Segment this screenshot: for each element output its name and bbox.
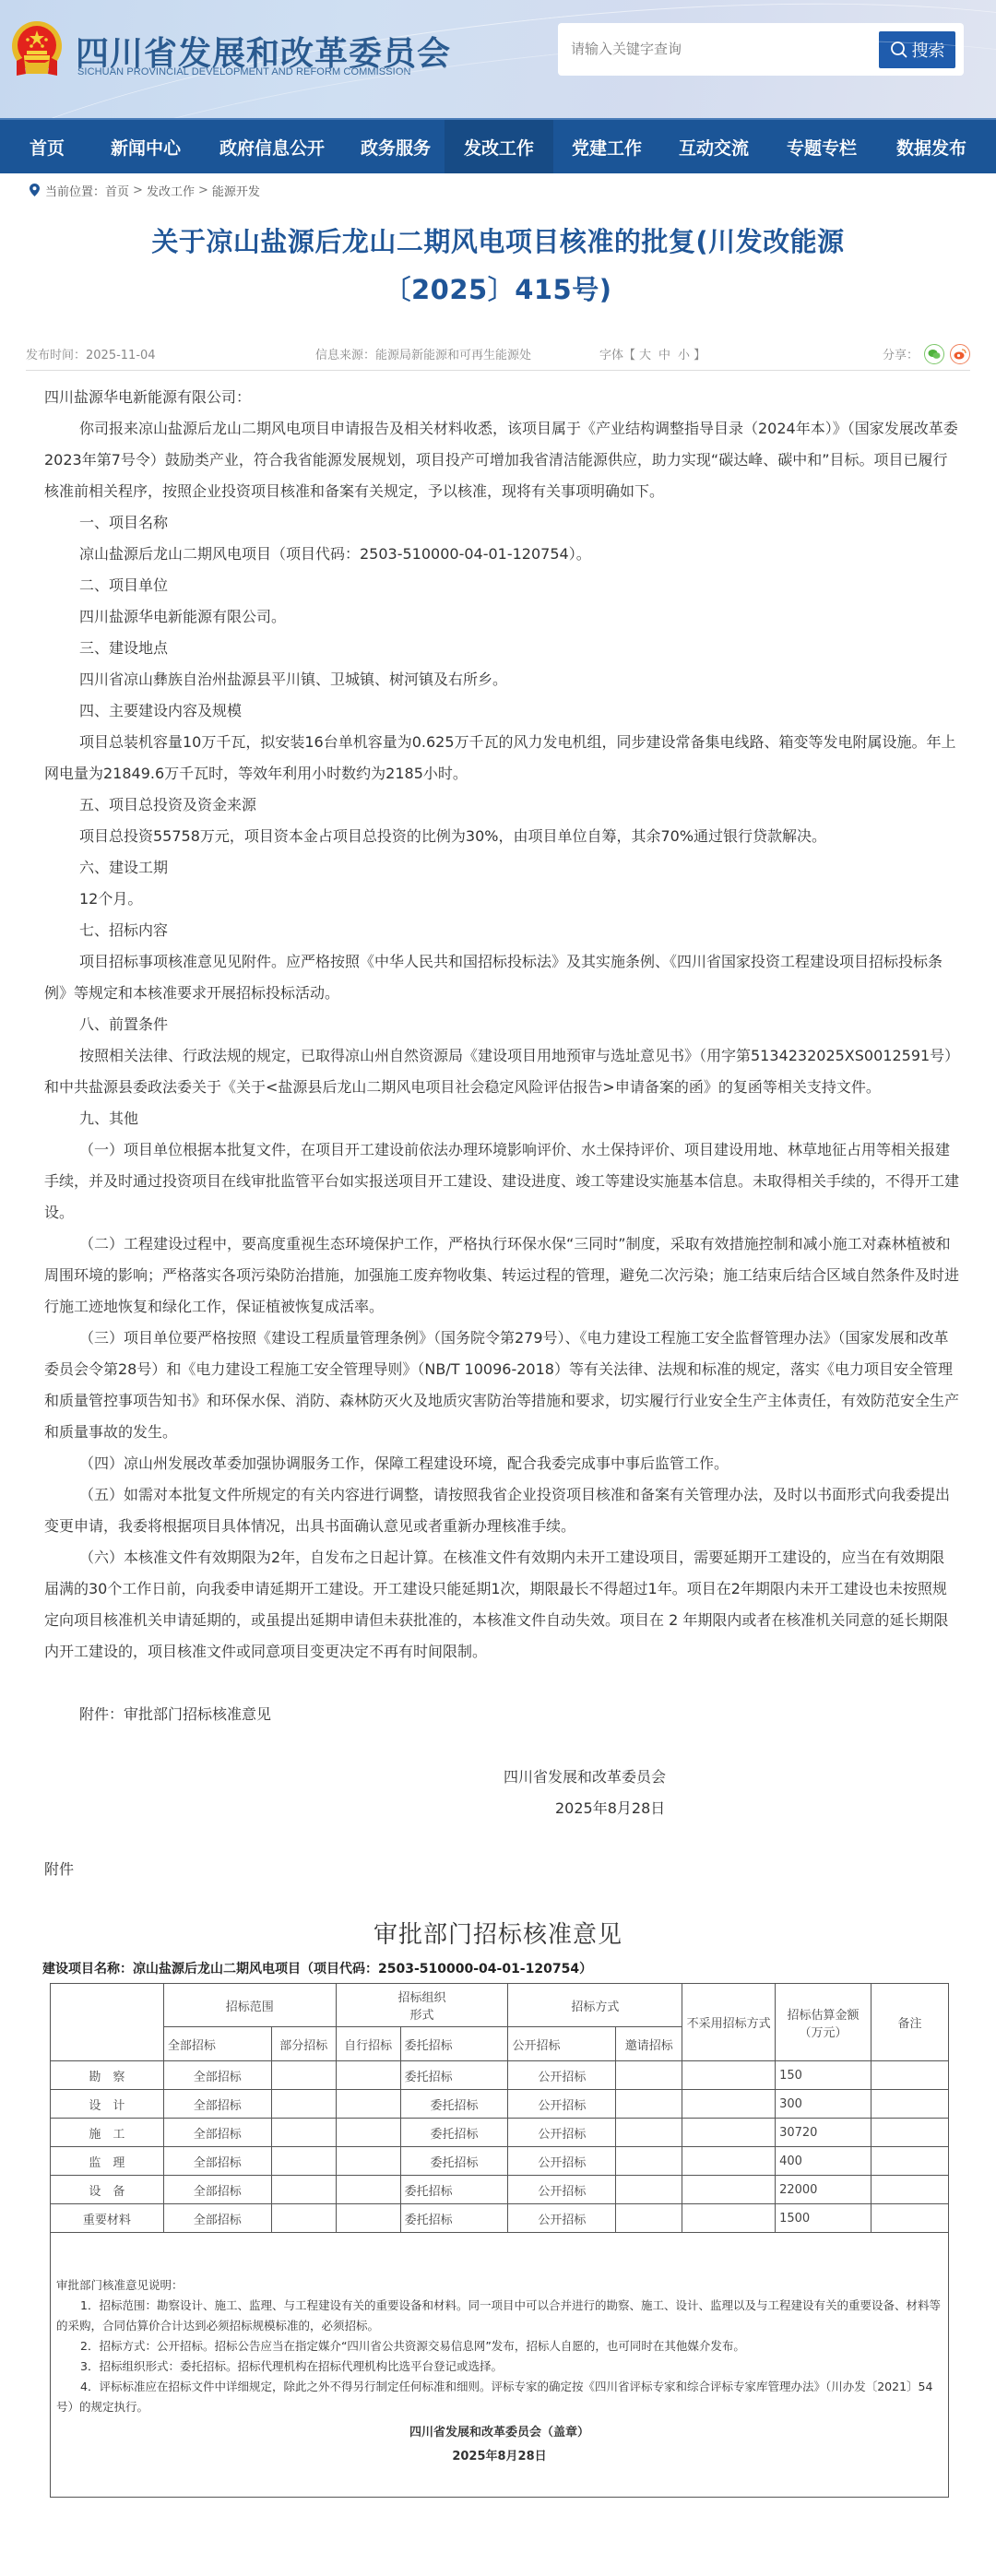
cell-self: [336, 2090, 400, 2119]
cell-full: 全部招标: [163, 2090, 271, 2119]
cell-remark: [871, 2061, 949, 2090]
section-heading: 四、主要建设内容及规模: [44, 695, 959, 727]
nav-item-party[interactable]: 党建工作: [553, 120, 660, 173]
cell-invited: [616, 2204, 682, 2233]
subheader-invited: 邀请招标: [616, 2027, 682, 2061]
section-paragraph: （一）项目单位根据本批复文件，在项目开工建设前依法办理环境影响评价、水土保持评价…: [44, 1134, 959, 1229]
attachment-label: 附件: [0, 1858, 996, 1879]
font-size-label: 字体【: [599, 349, 635, 362]
breadcrumb-home[interactable]: 首页: [105, 182, 129, 199]
search-icon: [890, 41, 908, 59]
nav-item-home[interactable]: 首页: [0, 120, 94, 173]
section-paragraph: 四川盐源华电新能源有限公司。: [44, 601, 959, 633]
cell-remark: [871, 2147, 949, 2176]
section-paragraph: 按照相关法律、行政法规的规定，已取得凉山州自然资源局《建设项目用地预审与选址意见…: [44, 1040, 959, 1103]
cell-no-bid: [682, 2119, 776, 2147]
cell-entrusted: 委托招标: [400, 2119, 508, 2147]
section-paragraph: （四）凉山州发展改革委加强协调服务工作，保障工程建设环境，配合我委完成事中事后监…: [44, 1448, 959, 1479]
cell-self: [336, 2147, 400, 2176]
header-estimate: 招标估算金额（万元）: [776, 1984, 871, 2061]
subheader-full: 全部招标: [163, 2027, 271, 2061]
sign-date: 2025年8月28日: [44, 1793, 959, 1824]
cell-self: [336, 2176, 400, 2204]
nav-item-drc-work[interactable]: 发改工作: [445, 120, 553, 173]
article-title-line1: 关于凉山盐源后龙山二期风电项目核准的批复(川发改能源: [151, 226, 844, 257]
cell-self: [336, 2061, 400, 2090]
cell-invited: [616, 2176, 682, 2204]
cell-item: 设 备: [51, 2176, 164, 2204]
cell-no-bid: [682, 2204, 776, 2233]
cell-partial: [271, 2147, 336, 2176]
note-item: 2．招标方式：公开招标。招标公告应当在指定媒介“四川省公共资源交易信息网”发布，…: [56, 2336, 943, 2356]
cell-invited: [616, 2147, 682, 2176]
signature: 四川省发展和改革委员会: [44, 1762, 959, 1793]
cell-self: [336, 2119, 400, 2147]
note-item: 3．招标组织形式：委托招标。招标代理机构在招标代理机构比选平台登记或选择。: [56, 2356, 943, 2377]
section-heading: 六、建设工期: [44, 852, 959, 884]
cell-no-bid: [682, 2090, 776, 2119]
section-heading: 二、项目单位: [44, 570, 959, 601]
note-item: 4．评标标准应在招标文件中详细规定，除此之外不得另行制定任何标准和细则。评标专家…: [56, 2377, 943, 2417]
attachment-project-line: 建设项目名称：凉山盐源后龙山二期风电项目（项目代码：2503-510000-04…: [0, 1959, 996, 1977]
stamp-signature: 四川省发展和改革委员会（盖章）: [56, 2421, 943, 2445]
header-remarks: 备注: [871, 1984, 949, 2061]
cell-open: 公开招标: [508, 2176, 616, 2204]
search-button-label: 搜索: [912, 38, 945, 62]
section-paragraph: 凉山盐源后龙山二期风电项目（项目代码：2503-510000-04-01-120…: [44, 539, 959, 570]
publish-time: 发布时间：2025-11-04: [26, 345, 156, 362]
cell-invited: [616, 2090, 682, 2119]
cell-remark: [871, 2204, 949, 2233]
cell-item: 勘 察: [51, 2061, 164, 2090]
cell-amount: 30720: [776, 2119, 871, 2147]
cell-partial: [271, 2119, 336, 2147]
cell-item: 重要材料: [51, 2204, 164, 2233]
site-subtitle: SICHUAN PROVINCIAL DEVELOPMENT AND REFOR…: [77, 66, 411, 77]
cell-entrusted: 委托招标: [400, 2061, 508, 2090]
main-nav: 首页 新闻中心 政府信息公开 政务服务 发改工作 党建工作 互动交流 专题专栏 …: [0, 118, 996, 173]
notes-title: 审批部门核准意见说明：: [56, 2275, 943, 2296]
table-row: 施 工 全部招标 委托招标 公开招标 30720: [51, 2119, 949, 2147]
search-input[interactable]: [571, 34, 875, 64]
section-paragraph: （二）工程建设过程中，要高度重视生态环境保护工作，严格执行环保水保“三同时”制度…: [44, 1229, 959, 1323]
cell-entrusted: 委托招标: [400, 2204, 508, 2233]
font-size-medium[interactable]: 中: [658, 349, 670, 362]
cell-remark: [871, 2090, 949, 2119]
share-bar: 分享：: [883, 344, 970, 364]
article-title: 关于凉山盐源后龙山二期风电项目核准的批复(川发改能源 〔2025〕415号): [0, 207, 996, 314]
subheader-open: 公开招标: [508, 2027, 616, 2061]
cell-full: 全部招标: [163, 2204, 271, 2233]
section-paragraph: （五）如需对本批复文件所规定的有关内容进行调整，请按照我省企业投资项目核准和备案…: [44, 1479, 959, 1542]
cell-full: 全部招标: [163, 2147, 271, 2176]
section-heading: 五、项目总投资及资金来源: [44, 789, 959, 821]
table-row: 勘 察 全部招标 委托招标 公开招标 150: [51, 2061, 949, 2090]
cell-invited: [616, 2061, 682, 2090]
section-paragraph: 项目招标事项核准意见见附件。应严格按照《中华人民共和国招标投标法》及其实施条例、…: [44, 946, 959, 1009]
section-paragraph: （六）本核准文件有效期限为2年，自发布之日起计算。在核准文件有效期内未开工建设项…: [44, 1542, 959, 1668]
cell-entrusted: 委托招标: [400, 2090, 508, 2119]
cell-self: [336, 2204, 400, 2233]
cell-amount: 1500: [776, 2204, 871, 2233]
weibo-icon[interactable]: [950, 344, 970, 364]
table-row: 设 备 全部招标 委托招标 公开招标 22000: [51, 2176, 949, 2204]
cell-full: 全部招标: [163, 2176, 271, 2204]
cell-open: 公开招标: [508, 2204, 616, 2233]
notes-row: 审批部门核准意见说明： 1．招标范围：勘察设计、施工、监理、与工程建设有关的重要…: [51, 2233, 949, 2498]
breadcrumb-drc-work[interactable]: 发改工作: [147, 182, 195, 199]
attachment-note: 附件：审批部门招标核准意见: [44, 1699, 959, 1730]
cell-invited: [616, 2119, 682, 2147]
nav-item-services[interactable]: 政务服务: [347, 120, 445, 173]
intro-paragraph: 你司报来凉山盐源后龙山二期风电项目申请报告及相关材料收悉，该项目属于《产业结构调…: [44, 413, 959, 507]
cell-remark: [871, 2176, 949, 2204]
cell-open: 公开招标: [508, 2119, 616, 2147]
font-size-large[interactable]: 大: [639, 349, 651, 362]
cell-item: 设 计: [51, 2090, 164, 2119]
breadcrumb-separator: >: [198, 184, 208, 197]
cell-no-bid: [682, 2176, 776, 2204]
section-paragraph: 项目总装机容量10万千瓦，拟安装16台单机容量为0.625万千瓦的风力发电机组，…: [44, 727, 959, 789]
subheader-partial: 部分招标: [271, 2027, 336, 2061]
table-row: 监 理 全部招标 委托招标 公开招标 400: [51, 2147, 949, 2176]
breadcrumb-energy[interactable]: 能源开发: [212, 182, 260, 199]
cell-item: 监 理: [51, 2147, 164, 2176]
subheader-entrusted: 委托招标: [400, 2027, 508, 2061]
subheader-self: 自行招标: [336, 2027, 400, 2061]
cell-amount: 300: [776, 2090, 871, 2119]
national-emblem-icon: [11, 20, 63, 77]
breadcrumb-separator: >: [133, 184, 143, 197]
salutation: 四川盐源华电新能源有限公司：: [44, 382, 959, 413]
nav-item-interaction[interactable]: 互动交流: [660, 120, 767, 173]
site-header: 四川省发展和改革委员会 SICHUAN PROVINCIAL DEVELOPME…: [0, 0, 996, 118]
nav-item-topics[interactable]: 专题专栏: [767, 120, 876, 173]
cell-no-bid: [682, 2061, 776, 2090]
header-scope: 招标范围: [163, 1984, 336, 2027]
cell-partial: [271, 2176, 336, 2204]
nav-item-news[interactable]: 新闻中心: [94, 120, 197, 173]
cell-partial: [271, 2090, 336, 2119]
cell-partial: [271, 2061, 336, 2090]
nav-item-data[interactable]: 数据发布: [876, 120, 987, 173]
cell-item: 施 工: [51, 2119, 164, 2147]
search-box: 搜索: [558, 23, 964, 76]
stamp-date: 2025年8月28日: [56, 2445, 943, 2469]
cell-amount: 400: [776, 2147, 871, 2176]
header-organization: 招标组织 形式: [336, 1984, 508, 2027]
header-no-bidding: 不采用招标方式: [682, 1984, 776, 2061]
section-paragraph: 四川省凉山彝族自治州盐源县平川镇、卫城镇、树河镇及右所乡。: [44, 664, 959, 695]
cell-entrusted: 委托招标: [400, 2147, 508, 2176]
section-paragraph: 项目总投资55758万元，项目资本金占项目总投资的比例为30%，由项目单位自筹，…: [44, 821, 959, 852]
table-header-row: 招标范围 招标组织 形式 招标方式 不采用招标方式 招标估算金额（万元） 备注: [51, 1984, 949, 2027]
cell-partial: [271, 2204, 336, 2233]
article-meta: 发布时间：2025-11-04 信息来源：能源局新能源和可再生能源处 字体【大中…: [26, 338, 970, 371]
section-paragraph: （三）项目单位要严格按照《建设工程质量管理条例》（国务院令第279号）、《电力建…: [44, 1323, 959, 1448]
attachment-title: 审批部门招标核准意见: [0, 1916, 996, 1950]
section-heading: 一、项目名称: [44, 507, 959, 539]
bidding-approval-table: 招标范围 招标组织 形式 招标方式 不采用招标方式 招标估算金额（万元） 备注 …: [50, 1983, 949, 2498]
cell-full: 全部招标: [163, 2061, 271, 2090]
table-row: 重要材料 全部招标 委托招标 公开招标 1500: [51, 2204, 949, 2233]
font-size-close: 】: [694, 349, 705, 362]
note-item: 1．招标范围：勘察设计、施工、监理、与工程建设有关的重要设备和材料。同一项目中可…: [56, 2296, 943, 2336]
cell-open: 公开招标: [508, 2061, 616, 2090]
section-heading: 八、前置条件: [44, 1009, 959, 1040]
section-paragraph: 12个月。: [44, 884, 959, 915]
section-heading: 九、其他: [44, 1103, 959, 1134]
font-size-small[interactable]: 小: [678, 349, 690, 362]
search-button[interactable]: 搜索: [879, 31, 955, 68]
breadcrumb: 当前位置： 首页 > 发改工作 > 能源开发: [0, 173, 996, 207]
table-row: 设 计 全部招标 委托招标 公开招标 300: [51, 2090, 949, 2119]
article-body: 四川盐源华电新能源有限公司： 你司报来凉山盐源后龙山二期风电项目申请报告及相关材…: [0, 371, 996, 1824]
nav-item-gov-info[interactable]: 政府信息公开: [197, 120, 347, 173]
wechat-icon[interactable]: [924, 344, 944, 364]
cell-full: 全部招标: [163, 2119, 271, 2147]
cell-entrusted: 委托招标: [400, 2176, 508, 2204]
info-source: 信息来源：能源局新能源和可再生能源处: [315, 345, 531, 362]
cell-no-bid: [682, 2147, 776, 2176]
cell-amount: 22000: [776, 2176, 871, 2204]
cell-remark: [871, 2119, 949, 2147]
header-method: 招标方式: [508, 1984, 682, 2027]
cell-amount: 150: [776, 2061, 871, 2090]
cell-open: 公开招标: [508, 2147, 616, 2176]
section-heading: 三、建设地点: [44, 633, 959, 664]
breadcrumb-prefix: 当前位置：: [45, 182, 105, 199]
font-size-control: 字体【大中小】: [599, 345, 705, 362]
cell-open: 公开招标: [508, 2090, 616, 2119]
section-heading: 七、招标内容: [44, 915, 959, 946]
article-title-line2: 〔2025〕415号): [384, 274, 611, 305]
share-label: 分享：: [883, 345, 919, 362]
approval-notes: 审批部门核准意见说明： 1．招标范围：勘察设计、施工、监理、与工程建设有关的重要…: [51, 2233, 949, 2498]
location-pin-icon: [30, 184, 40, 196]
header-blank: [51, 1984, 164, 2061]
